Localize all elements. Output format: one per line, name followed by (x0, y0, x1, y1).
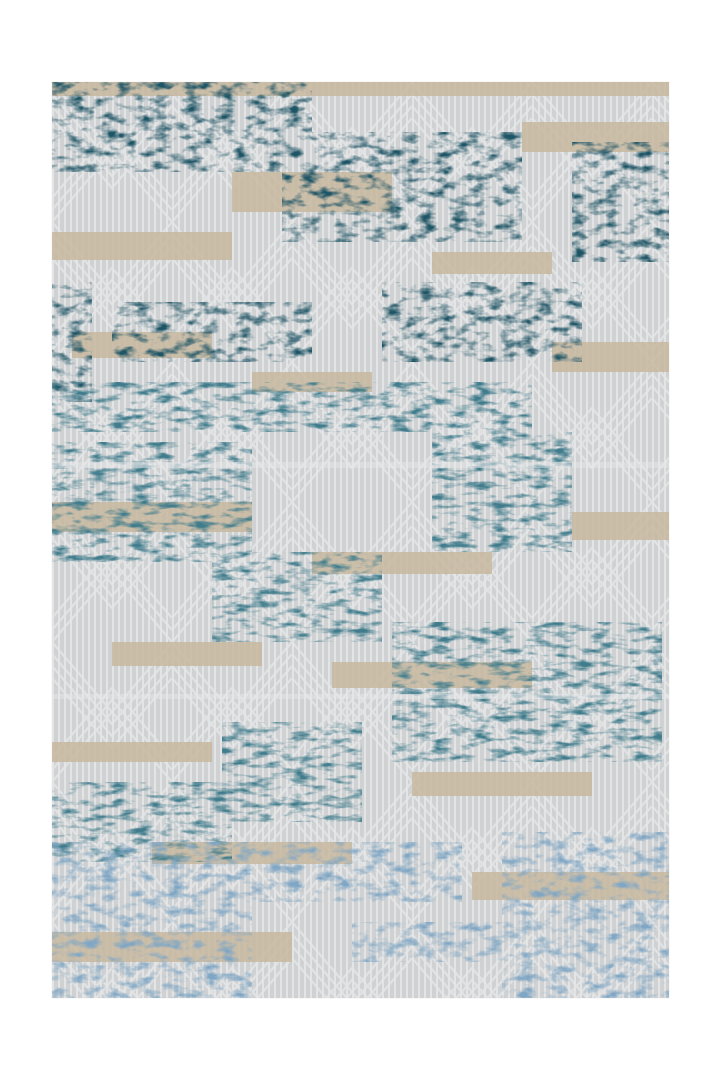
rug-product-image (52, 82, 669, 998)
rug-pattern (52, 82, 669, 998)
